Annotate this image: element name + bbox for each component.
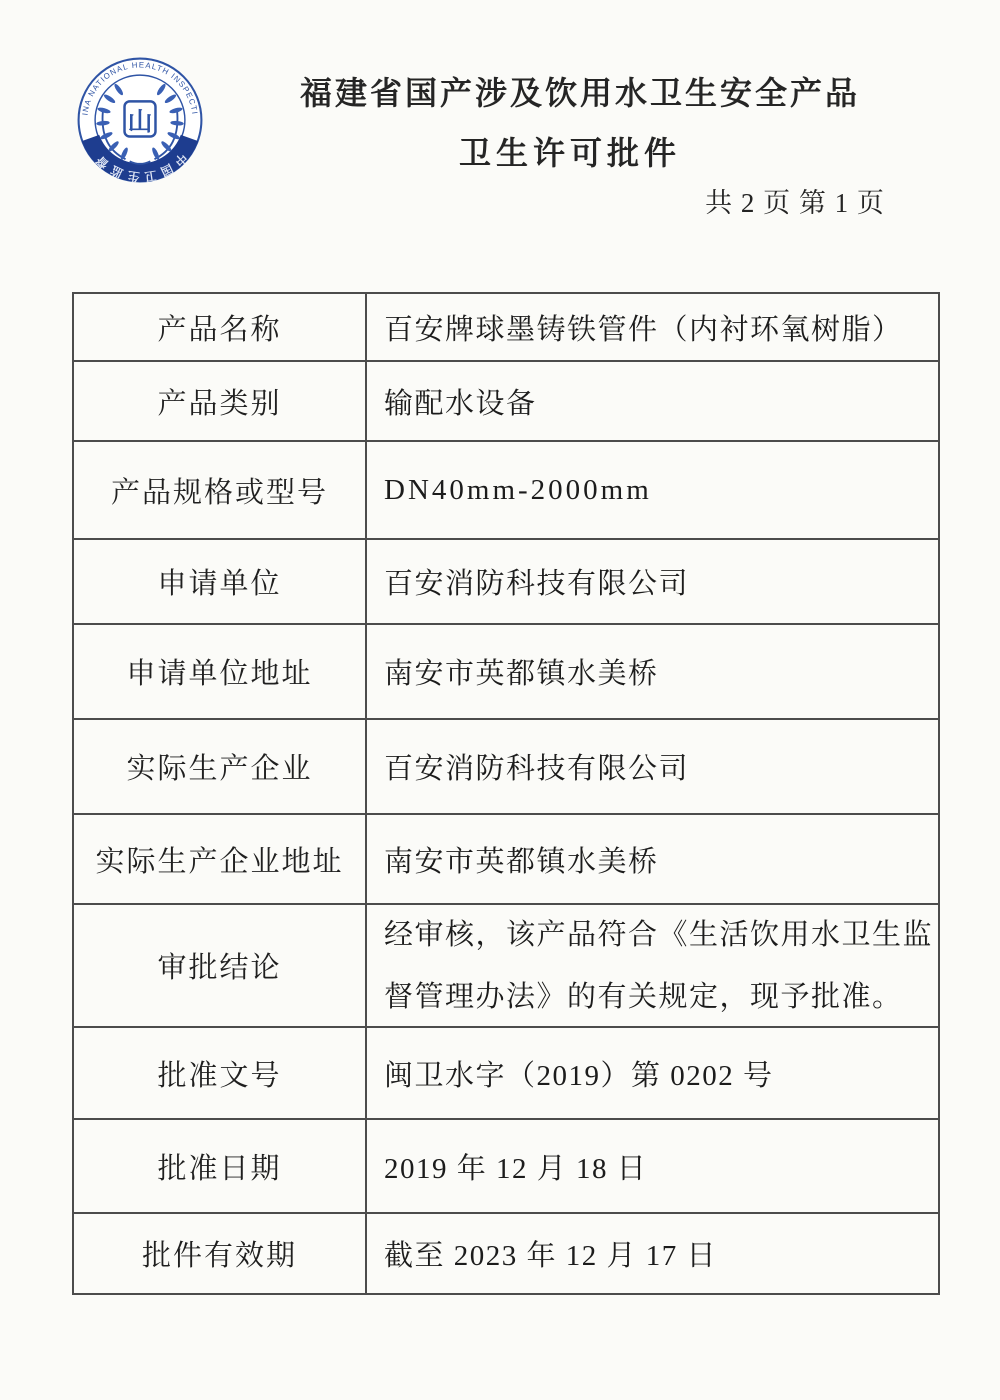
row-value: 2019 年 12 月 18 日 — [367, 1120, 938, 1212]
value-text: 截至 2023 年 12 月 17 日 — [384, 1233, 717, 1274]
value-text: 南安市英都镇水美桥 — [384, 839, 659, 880]
row-value: 南安市英都镇水美桥 — [367, 625, 938, 718]
value-text: 百安消防科技有限公司 — [384, 746, 689, 787]
value-text: 2019 年 12 月 18 日 — [384, 1146, 647, 1187]
row-label: 申请单位 — [74, 540, 367, 623]
table-row-manufacturer: 实际生产企业 百安消防科技有限公司 — [74, 720, 938, 815]
value-text: 百安牌球墨铸铁管件（内衬环氧树脂） — [384, 307, 903, 348]
mountain-glyph-icon: 山 — [128, 108, 153, 136]
table-row-product-name: 产品名称 百安牌球墨铸铁管件（内衬环氧树脂） — [74, 294, 938, 362]
table-row-approval-number: 批准文号 闽卫水字（2019）第 0202 号 — [74, 1028, 938, 1120]
label-text: 申请单位 — [157, 561, 281, 602]
value-text: 输配水设备 — [384, 381, 537, 422]
table-row-product-category: 产品类别 输配水设备 — [74, 362, 938, 442]
value-text: 南安市英都镇水美桥 — [384, 651, 659, 692]
label-text: 产品规格或型号 — [111, 470, 328, 511]
row-value: 百安消防科技有限公司 — [367, 720, 938, 813]
label-text: 审批结论 — [157, 945, 281, 986]
row-value: 截至 2023 年 12 月 17 日 — [367, 1214, 938, 1293]
table-row-approval-date: 批准日期 2019 年 12 月 18 日 — [74, 1120, 938, 1214]
label-text: 批准日期 — [157, 1146, 281, 1187]
row-value: 南安市英都镇水美桥 — [367, 815, 938, 903]
row-label: 批准日期 — [74, 1120, 367, 1212]
document-title-line1: 福建省国产涉及饮用水卫生安全产品 — [270, 68, 890, 114]
row-label: 产品名称 — [74, 294, 367, 360]
table-row-approval-conclusion: 审批结论 经审核，该产品符合《生活饮用水卫生监督管理办法》的有关规定，现予批准。 — [74, 905, 938, 1028]
label-text: 实际生产企业地址 — [95, 839, 343, 880]
health-inspection-emblem-logo: CHINA NATIONAL HEALTH INSPECTION 中国卫生监督 — [76, 56, 204, 184]
table-row-applicant-address: 申请单位地址 南安市英都镇水美桥 — [74, 625, 938, 720]
row-value: 百安消防科技有限公司 — [367, 540, 938, 623]
table-row-manufacturer-address: 实际生产企业地址 南安市英都镇水美桥 — [74, 815, 938, 905]
label-text: 产品类别 — [157, 381, 281, 422]
row-label: 产品类别 — [74, 362, 367, 440]
row-value: 经审核，该产品符合《生活饮用水卫生监督管理办法》的有关规定，现予批准。 — [367, 905, 938, 1026]
label-text: 实际生产企业 — [126, 746, 312, 787]
row-label: 产品规格或型号 — [74, 442, 367, 538]
document-title-line2: 卫生许可批件 — [260, 128, 880, 174]
table-row-product-spec: 产品规格或型号 DN40mm-2000mm — [74, 442, 938, 540]
label-text: 产品名称 — [157, 307, 281, 348]
document-page: CHINA NATIONAL HEALTH INSPECTION 中国卫生监督 — [0, 0, 1000, 1400]
table-row-validity-period: 批件有效期 截至 2023 年 12 月 17 日 — [74, 1214, 938, 1293]
row-value: 百安牌球墨铸铁管件（内衬环氧树脂） — [367, 294, 938, 360]
value-text: 百安消防科技有限公司 — [384, 561, 689, 602]
row-value: 闽卫水字（2019）第 0202 号 — [367, 1028, 938, 1118]
page-indicator: 共 2 页 第 1 页 — [680, 181, 910, 220]
row-label: 批件有效期 — [74, 1214, 367, 1293]
label-text: 批件有效期 — [142, 1233, 297, 1274]
row-label: 申请单位地址 — [74, 625, 367, 718]
value-text: DN40mm-2000mm — [384, 474, 652, 507]
label-text: 批准文号 — [157, 1053, 281, 1094]
value-text: 闽卫水字（2019）第 0202 号 — [384, 1053, 774, 1094]
row-label: 实际生产企业地址 — [74, 815, 367, 903]
row-label: 实际生产企业 — [74, 720, 367, 813]
row-value: 输配水设备 — [367, 362, 938, 440]
row-label: 审批结论 — [74, 905, 367, 1026]
row-value: DN40mm-2000mm — [367, 442, 938, 538]
label-text: 申请单位地址 — [126, 651, 312, 692]
value-text: 经审核，该产品符合《生活饮用水卫生监督管理办法》的有关规定，现予批准。 — [384, 904, 938, 1028]
table-row-applicant: 申请单位 百安消防科技有限公司 — [74, 540, 938, 625]
row-label: 批准文号 — [74, 1028, 367, 1118]
approval-table: 产品名称 百安牌球墨铸铁管件（内衬环氧树脂） 产品类别 输配水设备 产品规格或型… — [72, 292, 940, 1295]
